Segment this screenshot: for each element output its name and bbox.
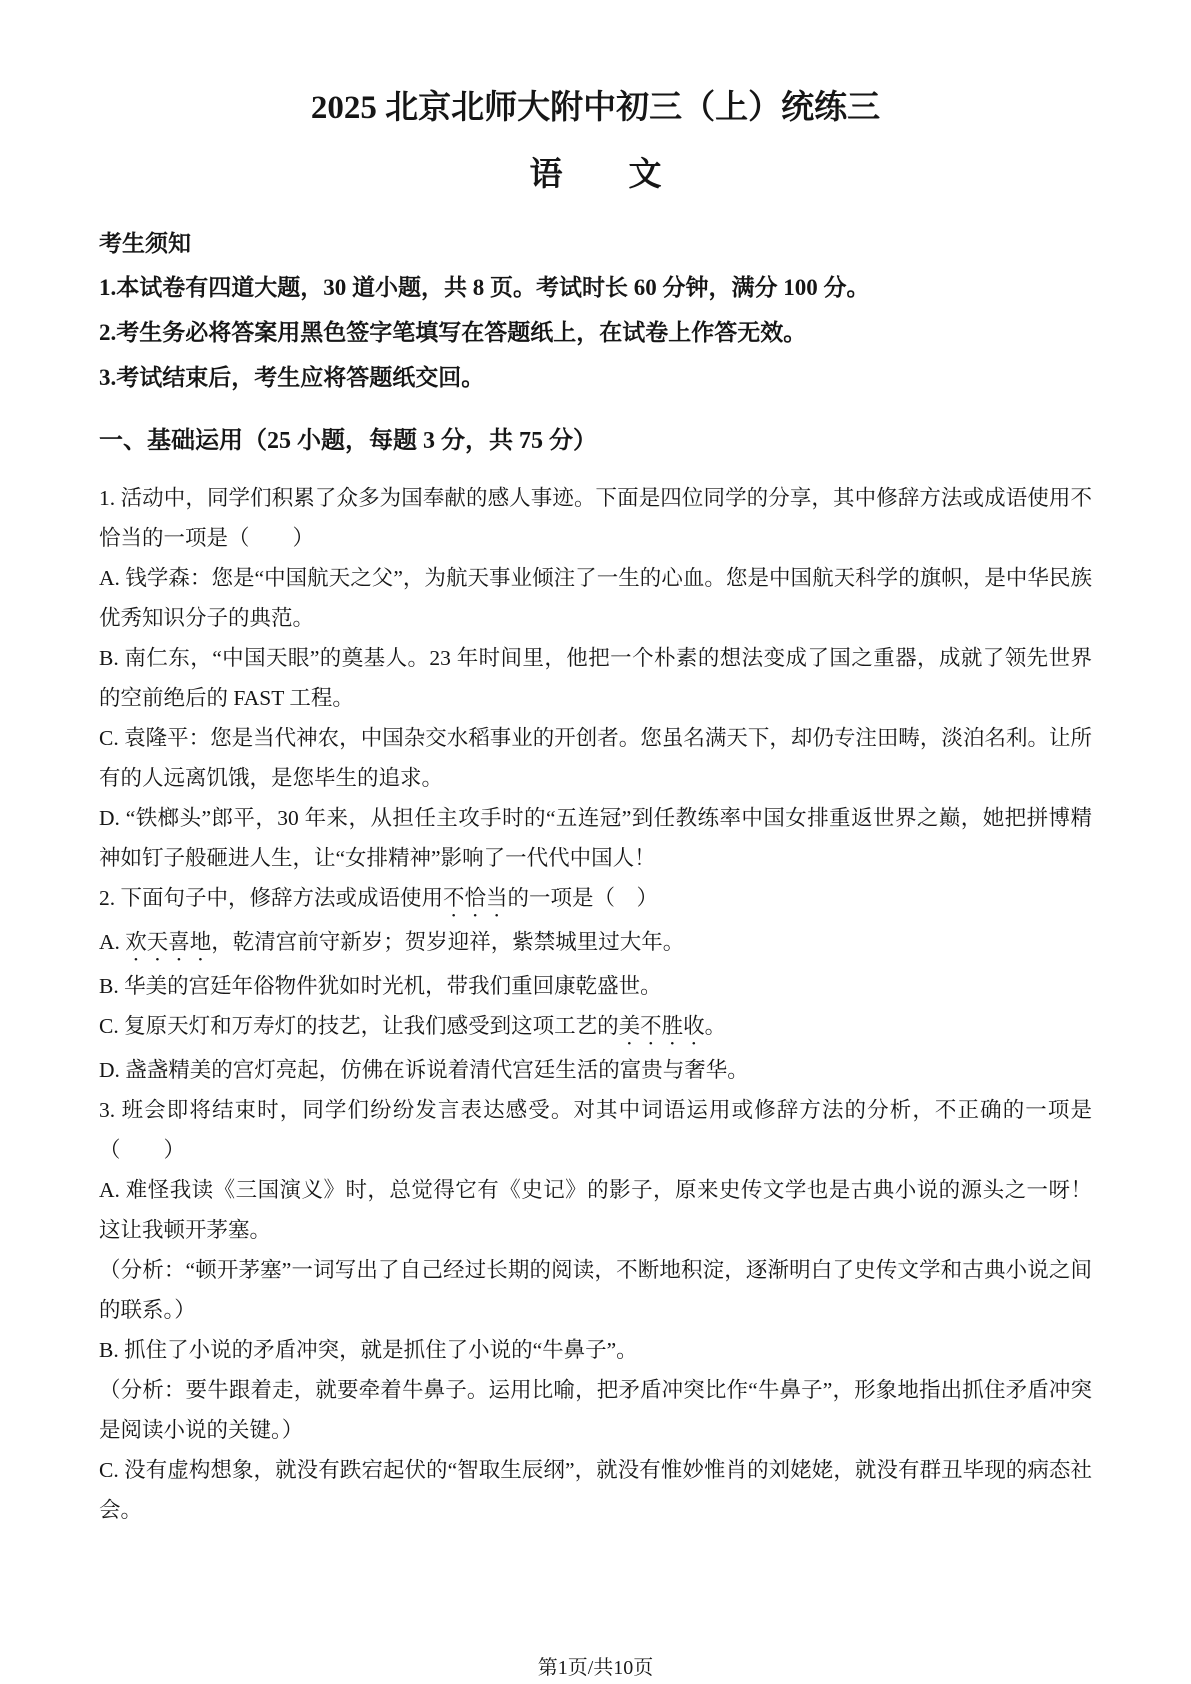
q1-option-b: B. 南仁东，“中国天眼”的奠基人。23 年时间里，他把一个朴素的想法变成了国之… <box>99 638 1092 718</box>
q1-option-a: A. 钱学森：您是“中国航天之父”，为航天事业倾注了一生的心血。您是中国航天科学… <box>99 558 1092 638</box>
q1-option-c: C. 袁隆平：您是当代神农，中国杂交水稻事业的开创者。您虽名满天下，却仍专注田畴… <box>99 718 1092 798</box>
notice-heading: 考生须知 <box>99 223 1092 265</box>
subject-title: 语 文 <box>99 153 1092 198</box>
page-footer: 第1页/共10页 <box>0 1656 1191 1680</box>
notice-item-1: 1.本试卷有四道大题，30 道小题，共 8 页。考试时长 60 分钟，满分 10… <box>99 265 1092 310</box>
q3-analysis-b: （分析：要牛跟着走，就要牵着牛鼻子。运用比喻，把矛盾冲突比作“牛鼻子”，形象地指… <box>99 1370 1092 1450</box>
q3-option-c: C. 没有虚构想象，就没有跌宕起伏的“智取生辰纲”，就没有惟妙惟肖的刘姥姥，就没… <box>99 1450 1092 1530</box>
exam-title: 2025 北京北师大附中初三（上）统练三 <box>99 86 1092 131</box>
q3-option-b: B. 抓住了小说的矛盾冲突，就是抓住了小说的“牛鼻子”。 <box>99 1330 1092 1370</box>
q2-option-d: D. 盏盏精美的宫灯亮起，仿佛在诉说着清代宫廷生活的富贵与奢华。 <box>99 1050 1092 1090</box>
q3-analysis-a: （分析：“顿开茅塞”一词写出了自己经过长期的阅读，不断地积淀，逐渐明白了史传文学… <box>99 1250 1092 1330</box>
q2-option-b: B. 华美的宫廷年俗物件犹如时光机，带我们重回康乾盛世。 <box>99 966 1092 1006</box>
q1-option-d: D. “铁榔头”郎平，30 年来，从担任主攻手时的“五连冠”到任教练率中国女排重… <box>99 798 1092 878</box>
q1-stem: 1. 活动中，同学们积累了众多为国奉献的感人事迹。下面是四位同学的分享，其中修辞… <box>99 478 1092 558</box>
exam-page: 2025 北京北师大附中初三（上）统练三 语 文 考生须知 1.本试卷有四道大题… <box>0 0 1191 1684</box>
questions-block: 1. 活动中，同学们积累了众多为国奉献的感人事迹。下面是四位同学的分享，其中修辞… <box>99 478 1092 1530</box>
section-heading: 一、基础运用（25 小题，每题 3 分，共 75 分） <box>99 420 1092 462</box>
notice-item-2: 2.考生务必将答案用黑色签字笔填写在答题纸上，在试卷上作答无效。 <box>99 310 1092 355</box>
q3-stem: 3. 班会即将结束时，同学们纷纷发言表达感受。对其中词语运用或修辞方法的分析，不… <box>99 1090 1092 1170</box>
q2-option-a: A. 欢天喜地，乾清宫前守新岁；贺岁迎祥，紫禁城里过大年。 <box>99 922 1092 966</box>
notice-item-3: 3.考试结束后，考生应将答题纸交回。 <box>99 355 1092 400</box>
notice-section: 考生须知 1.本试卷有四道大题，30 道小题，共 8 页。考试时长 60 分钟，… <box>99 223 1092 400</box>
page-content: 2025 北京北师大附中初三（上）统练三 语 文 考生须知 1.本试卷有四道大题… <box>0 0 1191 1530</box>
q2-stem: 2. 下面句子中，修辞方法或成语使用不恰当的一项是（ ） <box>99 878 1092 922</box>
q3-option-a: A. 难怪我读《三国演义》时，总觉得它有《史记》的影子，原来史传文学也是古典小说… <box>99 1170 1092 1250</box>
q2-option-c: C. 复原天灯和万寿灯的技艺，让我们感受到这项工艺的美不胜收。 <box>99 1006 1092 1050</box>
